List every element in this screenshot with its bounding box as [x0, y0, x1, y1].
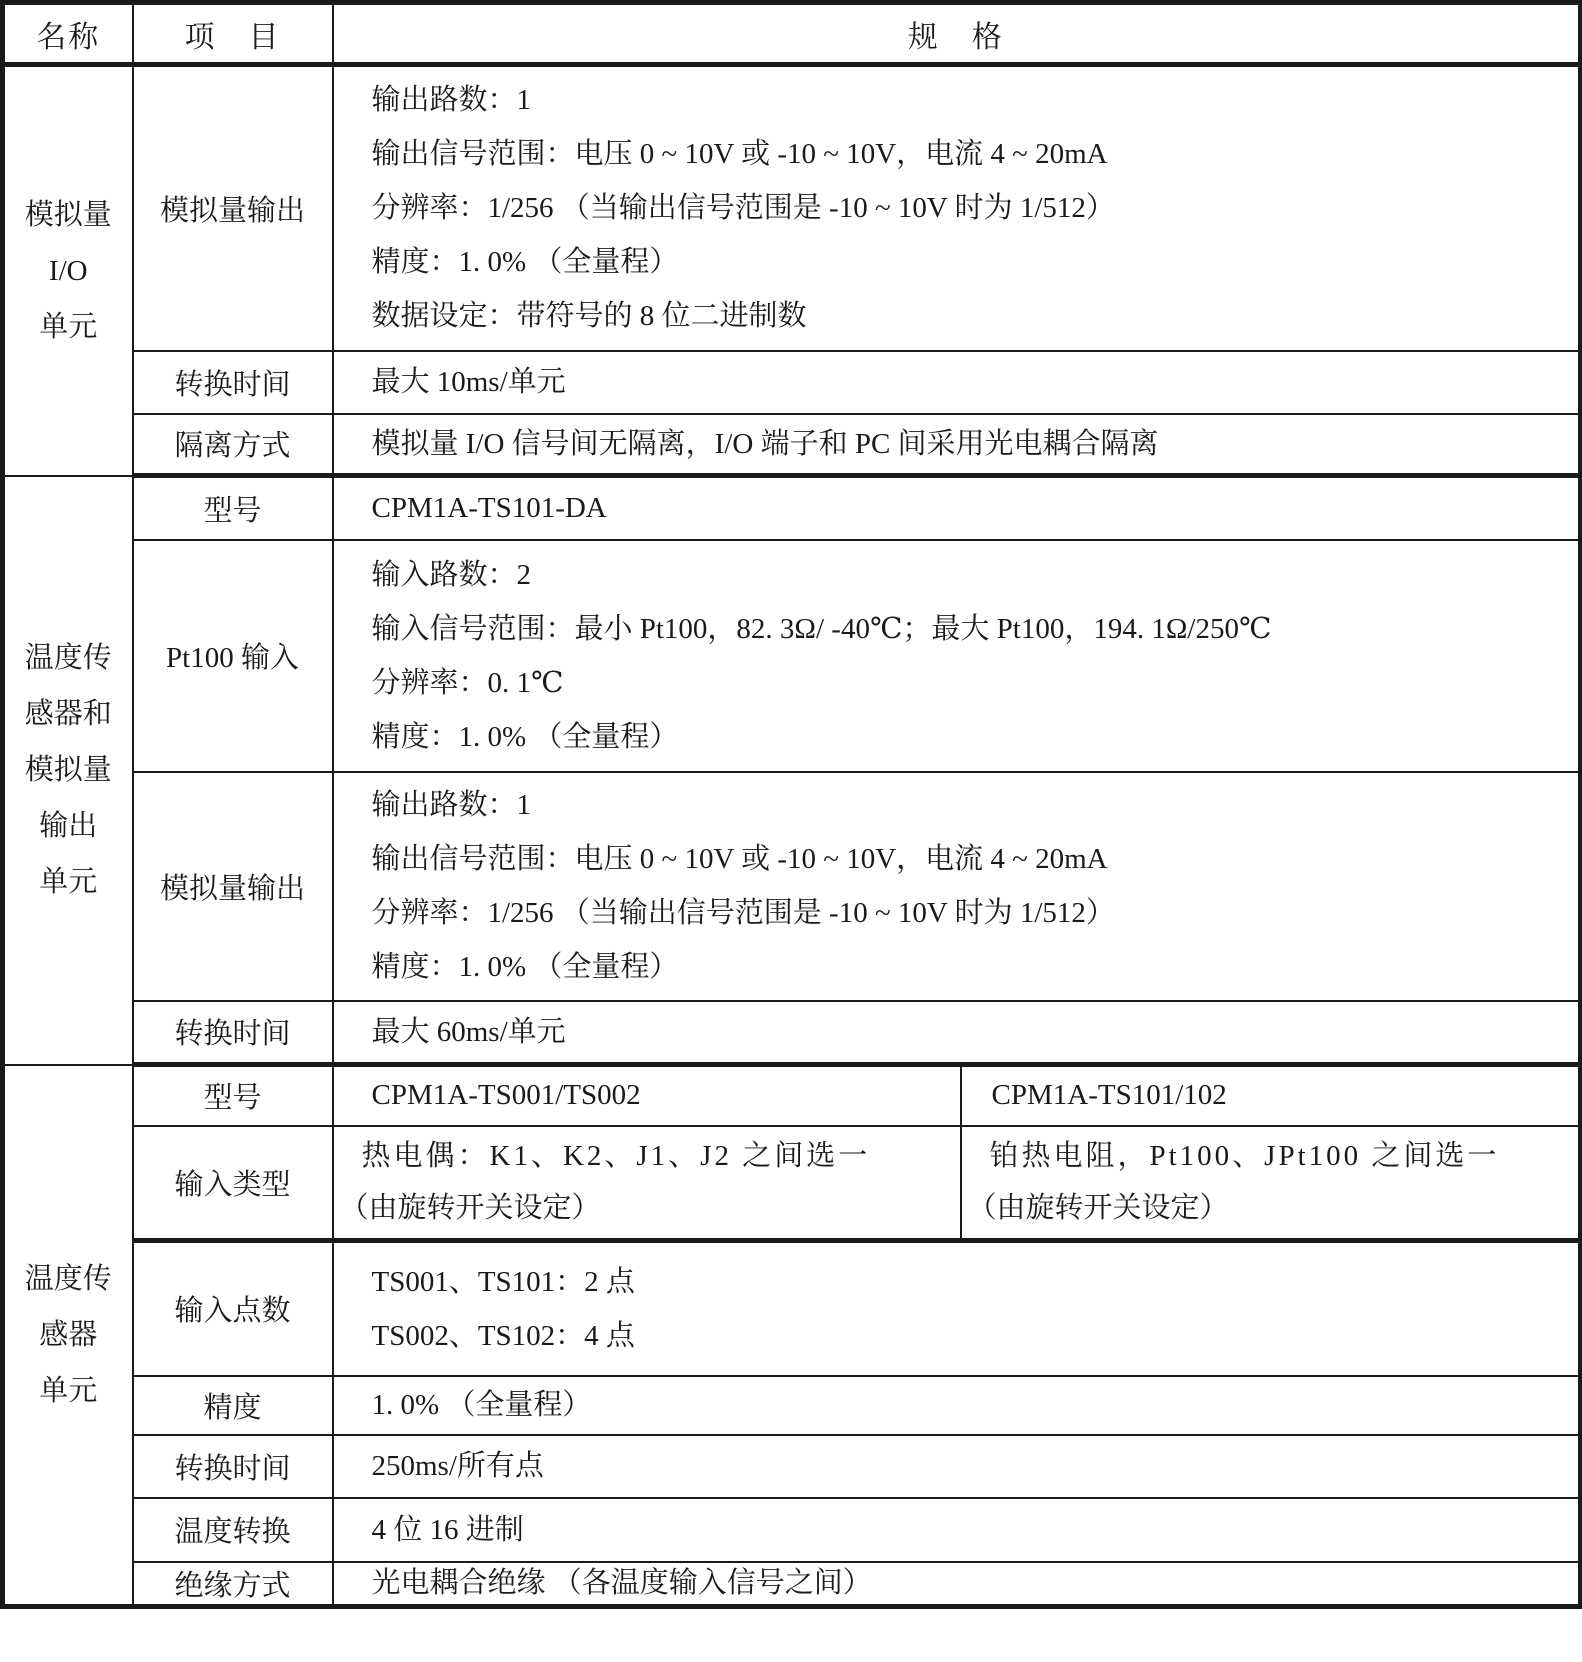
item-cell: 转换时间 [133, 1435, 333, 1498]
table-row: 隔离方式 模拟量 I/O 信号间无隔离，I/O 端子和 PC 间采用光电耦合隔离 [3, 414, 1581, 476]
item-cell: 型号 [133, 476, 333, 540]
spec-cell: 250ms/所有点 [333, 1435, 1581, 1498]
spec-line: TS001、TS101：2 点 [372, 1255, 1579, 1309]
spec-line: 数据设定：带符号的 8 位二进制数 [372, 289, 1579, 343]
group-name-line: 单元 [5, 299, 132, 355]
spec-line: 输出信号范围：电压 0 ~ 10V 或 -10 ~ 10V，电流 4 ~ 20m… [372, 832, 1579, 886]
table-row: Pt100 输入 输入路数：2 输入信号范围：最小 Pt100，82. 3Ω/ … [3, 540, 1581, 772]
group-name-line: 温度传 [5, 1251, 132, 1307]
header-row: 名称 项 目 规 格 [3, 3, 1581, 65]
spec-line: 铂热电阻，Pt100、JPt100 之间选一 [962, 1130, 1579, 1182]
table-row: 温度传 感器 单元 型号 CPM1A-TS001/TS002 CPM1A-TS1… [3, 1065, 1581, 1126]
group-name-cell: 温度传 感器和 模拟量 输出 单元 [3, 476, 133, 1065]
spec-line: 输出路数：1 [372, 778, 1579, 832]
spec-cell: TS001、TS101：2 点 TS002、TS102：4 点 [333, 1241, 1581, 1376]
item-cell: Pt100 输入 [133, 540, 333, 772]
group-name-cell: 模拟量 I/O 单元 [3, 65, 133, 476]
spec-cell-left: CPM1A-TS001/TS002 [333, 1065, 961, 1126]
item-cell: 转换时间 [133, 1001, 333, 1065]
spec-cell: 4 位 16 进制 [333, 1498, 1581, 1562]
header-spec: 规 格 [333, 3, 1581, 65]
group-name-line: 单元 [5, 854, 132, 910]
spec-line: 分辨率：1/256 （当输出信号范围是 -10 ~ 10V 时为 1/512） [372, 181, 1579, 235]
spec-cell: 光电耦合绝缘 （各温度输入信号之间） [333, 1562, 1581, 1607]
table-row: 温度转换 4 位 16 进制 [3, 1498, 1581, 1562]
table-row: 温度传 感器和 模拟量 输出 单元 型号 CPM1A-TS101-DA [3, 476, 1581, 540]
spec-cell-right: 铂热电阻，Pt100、JPt100 之间选一 （由旋转开关设定） [961, 1126, 1581, 1241]
group-name-line: 单元 [5, 1363, 132, 1419]
item-cell: 精度 [133, 1376, 333, 1435]
spec-cell: 输出路数：1 输出信号范围：电压 0 ~ 10V 或 -10 ~ 10V，电流 … [333, 65, 1581, 351]
header-name: 名称 [3, 3, 133, 65]
table-row: 输入点数 TS001、TS101：2 点 TS002、TS102：4 点 [3, 1241, 1581, 1376]
spec-table: 名称 项 目 规 格 模拟量 I/O 单元 模拟量输出 输出路数：1 输出信号范… [0, 0, 1582, 1609]
item-cell: 型号 [133, 1065, 333, 1126]
spec-line: 精度：1. 0% （全量程） [372, 940, 1579, 994]
group-name-line: 模拟量 [5, 187, 132, 243]
group-name-line: 输出 [5, 798, 132, 854]
group-name-line: 感器 [5, 1307, 132, 1363]
spec-line: TS002、TS102：4 点 [372, 1309, 1579, 1363]
group-name-line: I/O [5, 243, 132, 299]
table-row: 模拟量输出 输出路数：1 输出信号范围：电压 0 ~ 10V 或 -10 ~ 1… [3, 772, 1581, 1001]
group-name-line: 模拟量 [5, 742, 132, 798]
spec-line: 分辨率：0. 1℃ [372, 656, 1579, 710]
table-row: 模拟量 I/O 单元 模拟量输出 输出路数：1 输出信号范围：电压 0 ~ 10… [3, 65, 1581, 351]
spec-cell: 最大 60ms/单元 [333, 1001, 1581, 1065]
spec-line: 输入路数：2 [372, 548, 1579, 602]
item-cell: 隔离方式 [133, 414, 333, 476]
spec-line: （由旋转开关设定） [334, 1182, 960, 1234]
group-name-line: 感器和 [5, 686, 132, 742]
table-row: 转换时间 最大 10ms/单元 [3, 351, 1581, 414]
item-cell: 模拟量输出 [133, 65, 333, 351]
table-row: 转换时间 250ms/所有点 [3, 1435, 1581, 1498]
spec-line: 输入信号范围：最小 Pt100，82. 3Ω/ -40℃；最大 Pt100，19… [372, 602, 1579, 656]
spec-line: 输出路数：1 [372, 73, 1579, 127]
header-item: 项 目 [133, 3, 333, 65]
table-row: 转换时间 最大 60ms/单元 [3, 1001, 1581, 1065]
spec-line: 分辨率：1/256 （当输出信号范围是 -10 ~ 10V 时为 1/512） [372, 886, 1579, 940]
spec-cell: 最大 10ms/单元 [333, 351, 1581, 414]
spec-line: 精度：1. 0% （全量程） [372, 710, 1579, 764]
spec-cell: 1. 0% （全量程） [333, 1376, 1581, 1435]
spec-cell: 输入路数：2 输入信号范围：最小 Pt100，82. 3Ω/ -40℃；最大 P… [333, 540, 1581, 772]
spec-line: 热电偶：K1、K2、J1、J2 之间选一 [334, 1130, 960, 1182]
spec-cell-left: 热电偶：K1、K2、J1、J2 之间选一 （由旋转开关设定） [333, 1126, 961, 1241]
table-row: 输入类型 热电偶：K1、K2、J1、J2 之间选一 （由旋转开关设定） 铂热电阻… [3, 1126, 1581, 1241]
spec-cell: 模拟量 I/O 信号间无隔离，I/O 端子和 PC 间采用光电耦合隔离 [333, 414, 1581, 476]
item-cell: 绝缘方式 [133, 1562, 333, 1607]
item-cell: 输入类型 [133, 1126, 333, 1241]
spec-line: （由旋转开关设定） [962, 1182, 1579, 1234]
item-cell: 模拟量输出 [133, 772, 333, 1001]
spec-cell: 输出路数：1 输出信号范围：电压 0 ~ 10V 或 -10 ~ 10V，电流 … [333, 772, 1581, 1001]
item-cell: 输入点数 [133, 1241, 333, 1376]
spec-cell-right: CPM1A-TS101/102 [961, 1065, 1581, 1126]
spec-line: 精度：1. 0% （全量程） [372, 235, 1579, 289]
group-name-cell: 温度传 感器 单元 [3, 1065, 133, 1607]
spec-line: 输出信号范围：电压 0 ~ 10V 或 -10 ~ 10V，电流 4 ~ 20m… [372, 127, 1579, 181]
group-name-line: 温度传 [5, 630, 132, 686]
item-cell: 转换时间 [133, 351, 333, 414]
table-row: 绝缘方式 光电耦合绝缘 （各温度输入信号之间） [3, 1562, 1581, 1607]
item-cell: 温度转换 [133, 1498, 333, 1562]
table-row: 精度 1. 0% （全量程） [3, 1376, 1581, 1435]
spec-cell: CPM1A-TS101-DA [333, 476, 1581, 540]
